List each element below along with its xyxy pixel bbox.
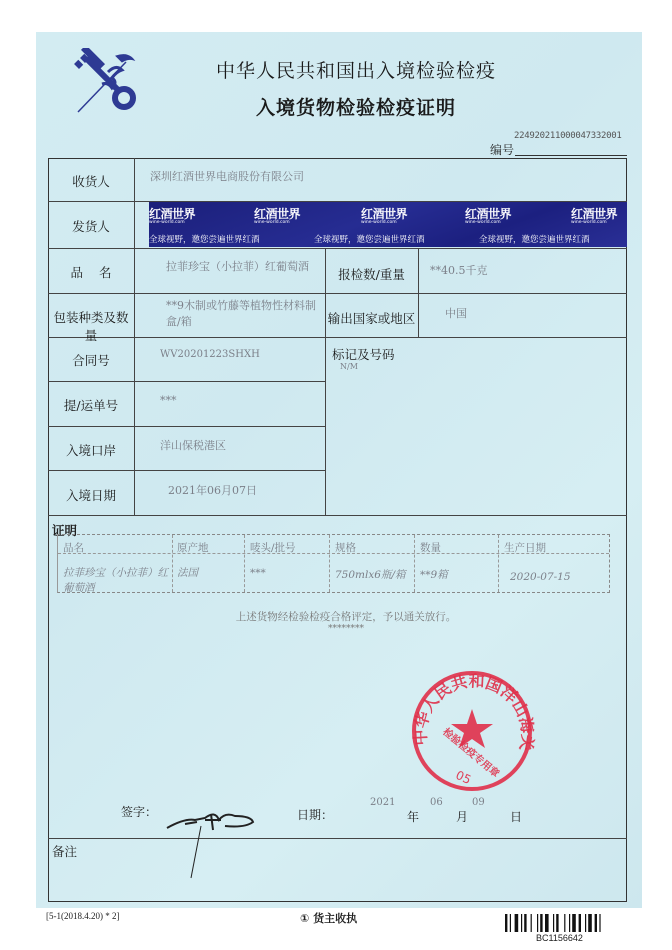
port-of-entry-value: 洋山保税港区 [160,437,226,453]
packaging-label: 包装种类及数量 [48,308,134,344]
banner-brand: 红酒世界wine-world.com [465,205,511,225]
form-code: [5-1(2018.4.20) * 2] [46,911,120,921]
packaging-value: **9木制或竹藤等植物性材料制盒/箱 [166,298,322,330]
date-month: 06 [430,797,443,808]
handwritten-signature [155,800,265,880]
clearance-statement: 上述货物经检验检疫合格评定，予以通关放行。 [0,609,672,624]
entry-date-value: 2021年06月07日 [168,482,257,498]
quantity-weight-label: 报检数/重量 [325,265,418,283]
export-country-label: 输出国家或地区 [325,309,418,327]
copy-designation: ① 货主收执 [300,910,357,926]
barcode-number: BC1156642 [536,933,583,943]
cert-cell-product: 拉菲珍宝（小拉菲）红葡萄酒 [63,566,168,596]
product-name-value: 拉菲珍宝（小拉菲）红葡萄酒 [166,258,309,274]
product-name-label: 品 名 [48,263,134,281]
seal-number: 05 [454,768,474,787]
consignee-label: 收货人 [48,172,134,190]
date-year: 2021 [370,797,395,808]
port-of-entry-label: 入境口岸 [48,441,134,459]
banner-brand: 红酒世界wine-world.com [571,205,617,225]
marks-value: N/M [340,362,358,371]
cert-col-header: 品名 [63,540,84,555]
bill-of-lading-label: 提/运单号 [48,396,134,414]
consignor-label: 发货人 [48,217,134,235]
cert-col-header: 规格 [335,540,356,555]
export-country-value: 中国 [445,305,467,321]
entry-date-label: 入境日期 [48,486,134,504]
quantity-weight-value: **40.5千克 [430,262,488,278]
contract-no-value: WV20201223SHXH [160,349,260,360]
cert-cell-quantity: **9箱 [420,568,448,583]
divider [325,248,326,515]
date-year-unit: 年 [407,808,419,825]
bill-of-lading-value: *** [160,394,177,407]
serial-number: 224920211000047332001 [514,131,622,141]
official-seal: 中华人民共和国洋山海关 检验检疫专用章 05 [407,667,537,795]
watermark-banner: 红酒世界wine-world.com 红酒世界wine-world.com 红酒… [149,202,627,247]
cert-col-header: 原产地 [177,540,209,555]
statement-terminator: ******** [0,624,672,634]
date-label: 日期： [297,806,333,823]
banner-brand: 红酒世界wine-world.com [254,205,300,225]
serial-underline [515,155,627,156]
date-day: 09 [472,797,485,808]
divider [418,248,419,337]
banner-brand: 红酒世界wine-world.com [361,205,407,225]
serial-label: 编号 [490,141,514,158]
document-title: 入境货物检验检疫证明 [0,93,672,120]
signature-label: 签字： [121,803,157,820]
banner-slogan: 全球视野，邀您尝遍世界红酒 [149,233,260,245]
cert-col-header: 数量 [420,540,441,555]
cert-cell-origin: 法国 [177,566,198,581]
cert-cell-production-date: 2020-07-15 [510,570,571,585]
cert-cell-lot: *** [250,566,266,581]
divider [48,381,326,382]
divider [48,426,326,427]
marks-label: 标记及号码 [332,345,395,363]
divider [134,158,135,515]
agency-title: 中华人民共和国出入境检验检疫 [0,56,672,83]
cert-col-header: 生产日期 [504,540,546,555]
cert-col-header: 唛头/批号 [250,540,296,555]
date-month-unit: 月 [456,808,468,825]
banner-brand: 红酒世界wine-world.com [149,205,195,225]
banner-slogan: 全球视野，邀您尝遍世界红酒 [479,233,590,245]
divider [48,515,627,516]
divider [48,838,627,839]
remarks-label: 备注 [52,842,77,860]
cert-cell-spec: 750mlx6瓶/箱 [335,568,407,583]
divider [48,470,326,471]
banner-slogan: 全球视野，邀您尝遍世界红酒 [314,233,425,245]
date-day-unit: 日 [510,808,522,825]
contract-no-label: 合同号 [48,351,134,369]
consignee-value: 深圳红酒世界电商股份有限公司 [150,168,304,184]
